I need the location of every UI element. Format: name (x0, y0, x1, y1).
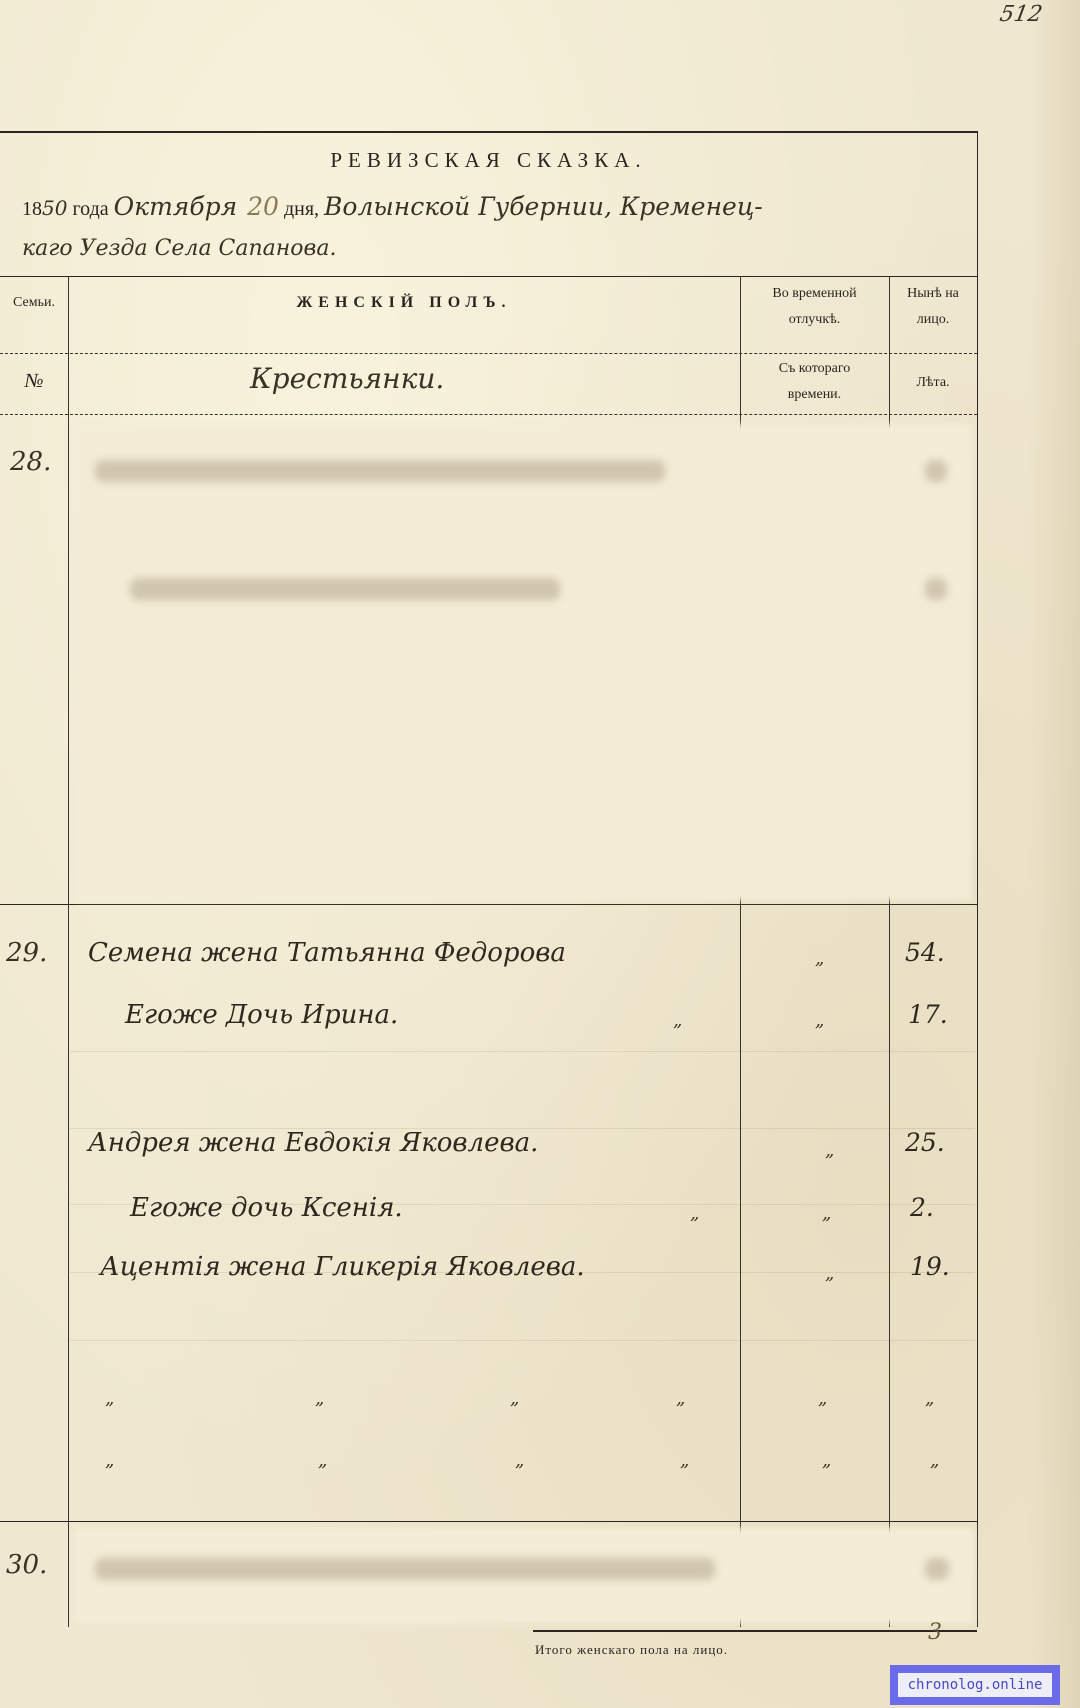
entry-name: Егоже дочь Ксенія. (130, 1193, 403, 1223)
ditto-mark: „ (318, 1450, 327, 1471)
page-edge-shading (1028, 0, 1080, 1708)
ditto-mark: „ (105, 1388, 114, 1409)
entry-absence: „ (815, 948, 824, 969)
ditto-mark: „ (676, 1388, 685, 1409)
ditto-mark: „ (673, 1010, 682, 1031)
entry-age: 2. (910, 1193, 934, 1222)
entry-age: 54. (905, 938, 945, 967)
redacted-text (95, 460, 665, 482)
document-title: РЕВИЗСКАЯ СКАЗКА. (0, 148, 977, 173)
header-present-line1: Нынѣ на (889, 281, 977, 307)
ruling-line (70, 1051, 975, 1052)
ditto-mark: „ (822, 1450, 831, 1471)
year-handwritten: 50 (42, 196, 67, 220)
folio-number: 512 (998, 2, 1044, 27)
month-handwritten: Октября (114, 192, 238, 221)
redacted-text (925, 578, 947, 600)
family-divider-29-30 (0, 1521, 977, 1522)
day-handwritten: 20 (247, 192, 279, 221)
place-handwritten-2: каго Уезда Села Сапанова. (22, 236, 336, 261)
redacted-text (925, 1558, 949, 1580)
header-since-line2: времени. (740, 382, 889, 408)
header-absence: Во временной отлучкѣ. (740, 281, 889, 333)
watermark[interactable]: chronolog.online (890, 1665, 1060, 1705)
family-number-28: 28. (10, 447, 51, 477)
entry-absence: „ (822, 1203, 831, 1224)
entry-name: Ацентія жена Гликерія Яковлева. (100, 1252, 585, 1282)
header-absence-line2: отлучкѣ. (740, 307, 889, 333)
entry-age: 25. (905, 1128, 945, 1157)
year-printed: 18 (22, 198, 42, 220)
header-present: Нынѣ на лицо. (889, 281, 977, 333)
entry-age: 17. (908, 1000, 948, 1029)
entry-name: Егоже Дочь Ирина. (125, 1000, 398, 1030)
family-number-29: 29. (6, 938, 47, 968)
ditto-mark: „ (925, 1388, 934, 1409)
ditto-mark: „ (510, 1388, 519, 1409)
ditto-mark: „ (930, 1450, 939, 1471)
ditto-mark: „ (515, 1450, 524, 1471)
total-divider (533, 1630, 977, 1632)
header-absence-line1: Во временной (740, 281, 889, 307)
place-handwritten-1: Волынской Губернии, Кременец- (324, 192, 763, 221)
header-top-divider (0, 276, 977, 277)
header-present-line2: лицо. (889, 307, 977, 333)
redacted-text (95, 1558, 715, 1580)
total-value: 3 (928, 1620, 942, 1645)
header-female-sex: ЖЕНСКІЙ ПОЛЪ. (68, 290, 740, 316)
ruling-line (70, 1340, 975, 1341)
watermark-text[interactable]: chronolog.online (898, 1673, 1052, 1697)
total-label: Итого женскаго пола на лицо. (535, 1642, 728, 1658)
entry-name: Андрея жена Евдокія Яковлева. (88, 1128, 538, 1158)
col-divider-family (68, 276, 69, 1627)
ditto-mark: „ (690, 1203, 699, 1224)
date-line: 1850 года Октября 20 дня, Волынской Губе… (22, 192, 763, 221)
entry-age: 19. (910, 1252, 950, 1281)
redacted-text (925, 460, 947, 482)
redacted-text (130, 578, 560, 600)
family-number-30: 30. (6, 1550, 47, 1580)
day-label: дня, (284, 198, 319, 220)
ditto-mark: „ (315, 1388, 324, 1409)
header-family: Семьи. (0, 290, 68, 316)
family-divider-28-29 (0, 904, 977, 905)
redacted-region-28 (76, 424, 971, 900)
ditto-mark: „ (818, 1388, 827, 1409)
ditto-mark: „ (680, 1450, 689, 1471)
header-mid-divider (0, 353, 977, 354)
header-age: Лѣта. (889, 370, 977, 396)
header-bottom-divider (0, 414, 977, 415)
header-since-line1: Съ котораго (740, 356, 889, 382)
entry-name: Семена жена Татьянна Федорова (88, 938, 566, 968)
ditto-mark: „ (105, 1450, 114, 1471)
entry-absence: „ (815, 1010, 824, 1031)
year-label: года (72, 198, 108, 220)
header-number-sign: № (0, 368, 68, 394)
entry-absence: „ (825, 1140, 834, 1161)
header-since-when: Съ котораго времени. (740, 356, 889, 408)
entry-absence: „ (825, 1263, 834, 1284)
category-handwritten: Крестьянки. (250, 362, 444, 395)
